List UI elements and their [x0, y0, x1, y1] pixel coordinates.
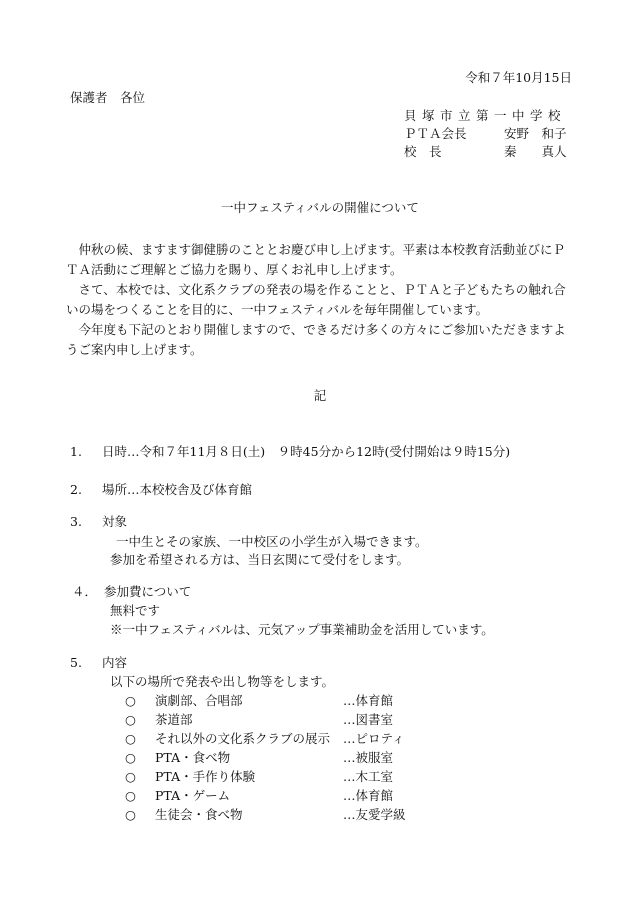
circle-bullet-icon: ○: [125, 750, 136, 766]
item-text: 対象: [102, 514, 127, 529]
list-item: ○茶道部…図書室: [125, 712, 445, 731]
circle-bullet-icon: ○: [125, 807, 136, 823]
paragraph: さて、本校では、文化系クラブの発表の場を作ることと、ＰＴＡと子どもたちの触れ合い…: [66, 280, 566, 320]
item-text: 参加費について: [104, 584, 191, 599]
principal-role: 校 長: [404, 144, 442, 160]
list-item: ○PTA・食べ物…被服室: [125, 750, 445, 769]
circle-bullet-icon: ○: [125, 731, 136, 747]
circle-bullet-icon: ○: [125, 712, 136, 728]
paragraph: 今年度も下記のとおり開催しますので、できるだけ多くの方々にご参加いただきますよう…: [66, 320, 566, 360]
body-text: 仲秋の候、ますます御健勝のこととお慶び申し上げます。平素は本校教育活動並びにＰＴ…: [66, 240, 566, 360]
item-text: 内容: [102, 655, 127, 670]
item-target: 3.対象: [70, 514, 127, 530]
paragraph: 仲秋の候、ますます御健勝のこととお慶び申し上げます。平素は本校教育活動並びにＰＴ…: [66, 240, 566, 280]
list-item: ○PTA・手作り体験…木工室: [125, 769, 445, 788]
circle-bullet-icon: ○: [125, 769, 136, 785]
list-item: ○それ以外の文化系クラブの展示…ピロティ: [125, 731, 445, 750]
item-line: ※一中フェスティバルは、元気アップ事業補助金を活用しています。: [110, 622, 494, 638]
pta-role: ＰＴＡ会長: [404, 126, 467, 142]
item-number: 2.: [70, 482, 102, 498]
principal-name: 秦 真人: [504, 144, 567, 160]
item-location: 2.場所…本校校舎及び体育館: [70, 482, 252, 498]
document-date: 令和７年10月15日: [465, 70, 572, 86]
document-title: 一中フェスティバルの開催について: [0, 200, 640, 216]
sender-block: 貝塚市立第一中学校 ＰＴＡ会長 安野 和子 校 長 秦 真人: [404, 108, 574, 162]
item-line: 一中生とその家族、一中校区の小学生が入場できます。: [116, 534, 428, 550]
item-number: 3.: [70, 514, 102, 530]
item-datetime: 1.日時…令和７年11月８日(土) ９時45分から12時(受付開始は９時15分): [70, 444, 510, 460]
list-item: ○生徒会・食べ物…友愛学級: [125, 807, 445, 826]
item-fee: ４．参加費について: [72, 584, 191, 600]
ki-heading: 記: [0, 388, 640, 404]
pta-name: 安野 和子: [504, 126, 567, 142]
item-number: 5.: [70, 655, 102, 671]
item-line: 以下の場所で発表や出し物等をします。: [110, 674, 334, 690]
item-number: ４．: [72, 584, 104, 600]
circle-bullet-icon: ○: [125, 693, 136, 709]
school-name: 貝塚市立第一中学校: [404, 108, 566, 123]
item-text: 場所…本校校舎及び体育館: [102, 482, 252, 497]
item-line: 無料です: [110, 603, 160, 619]
circle-bullet-icon: ○: [125, 788, 136, 804]
contents-list: ○演劇部、合唱部…体育館 ○茶道部…図書室 ○それ以外の文化系クラブの展示…ピロ…: [125, 693, 445, 826]
item-text: 日時…令和７年11月８日(土) ９時45分から12時(受付開始は９時15分): [102, 444, 510, 459]
item-number: 1.: [70, 444, 102, 460]
addressee: 保護者 各位: [70, 90, 145, 106]
list-item: ○演劇部、合唱部…体育館: [125, 693, 445, 712]
list-item: ○PTA・ゲーム…体育館: [125, 788, 445, 807]
item-line: 参加を希望される方は、当日玄関にて受付をします。: [110, 552, 409, 568]
item-contents: 5.内容: [70, 655, 127, 671]
